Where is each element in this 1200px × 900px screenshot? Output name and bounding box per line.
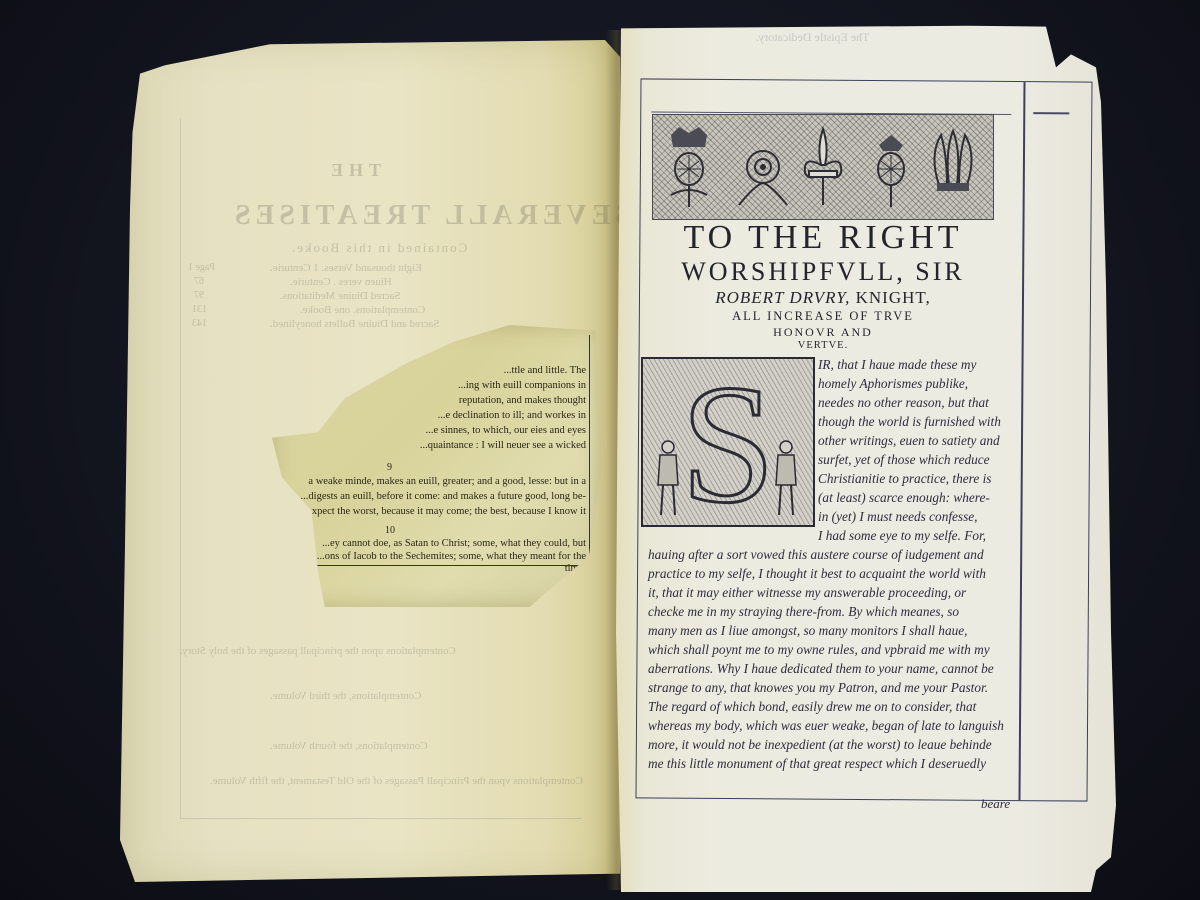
prince-of-wales-feathers-icon (925, 125, 981, 209)
show-through-page-number: 131 (192, 304, 207, 315)
show-through-list-item: Sacred and Diuine Bullets honeylined. (270, 318, 440, 330)
body-text-line: (at least) scarce enough: where- (818, 490, 990, 506)
body-text-line: which shall poynt me to my owne rules, a… (648, 642, 990, 658)
body-text-line: IR, that I haue made these my (818, 357, 976, 373)
historiated-drop-cap: S (641, 357, 815, 527)
body-text-line: hauing after a sort vowed this austere c… (648, 547, 984, 563)
show-through-subtitle: Contained in this Booke. (290, 240, 467, 256)
section-number-10: 10 (385, 525, 395, 536)
crowned-thistle-icon (661, 125, 717, 209)
fragment-bottom-rule (316, 565, 590, 566)
body-text-line: in (yet) I must needs confesse, (818, 509, 978, 525)
fragment-line: ...ing with euill companions in (458, 380, 586, 391)
body-text-line: homely Aphorismes publike, (818, 376, 968, 392)
fragment-line: a weake minde, makes an euill, greater; … (308, 476, 586, 487)
show-through-list-item: Eight thousand Verses. 1 Centurie. (270, 262, 422, 274)
body-text-line: other writings, euen to satiety and (818, 433, 1000, 449)
body-text-line: The regard of which bond, easily drew me… (648, 699, 976, 715)
show-through-list-item: Sacred Diuine Meditations. (280, 290, 401, 302)
body-text-line: me this little monument of that great re… (648, 756, 986, 772)
body-text-line: many men as I liue amongst, so many moni… (648, 623, 967, 639)
tudor-rose-icon (735, 125, 791, 209)
body-text-line: it, that it may either witnesse my answe… (648, 585, 966, 601)
body-text-line: surfet, yet of those which reduce (818, 452, 990, 468)
standing-figure-left-icon (655, 439, 681, 517)
body-text-line: checke me in my straying there-from. By … (648, 604, 959, 620)
dedicatee-rank: KNIGHT, (850, 288, 930, 307)
fragment-line: ...ttle and little. The (504, 365, 586, 376)
thistle-icon (863, 125, 919, 209)
body-text-line: whereas my body, which was euer weake, b… (648, 718, 1004, 734)
body-text-line: aberrations. Why I haue dedicated them t… (648, 661, 994, 677)
body-text-line: needes no other reason, but that (818, 395, 989, 411)
show-through-title-treatises: SEVERALL TREATISES (230, 200, 631, 232)
fragment-line: ...e sinnes, to which, our eies and eyes (426, 425, 586, 436)
left-page: THE SEVERALL TREATISES Contained in this… (120, 40, 620, 882)
body-text-line: though the world is furnished with (818, 414, 1001, 430)
show-through-list-item: Contemplations, the fourth Volume. (270, 740, 428, 752)
fragment-line: ...ons of Iacob to the Sechemites; some,… (317, 551, 586, 562)
show-through-list-item: Hiuen veres . Centurie. (290, 276, 392, 288)
show-through-list-item: Contemplations, the third Volume. (270, 690, 421, 702)
show-through-list-item: Contemplations upon the principall passa… (180, 645, 456, 657)
dedication-title-line-1: TO THE RIGHT (638, 219, 1008, 257)
fragment-border-rule (589, 335, 590, 563)
dedication-title-line-6: VERTVE. (638, 340, 1008, 351)
catchword: beare (981, 796, 1010, 812)
body-text-line: practice to my selfe, I thought it best … (648, 566, 986, 582)
fragment-line: ...ey cannot doe, as Satan to Christ; so… (322, 538, 586, 549)
show-through-list-item: Contemplations. one Booke. (300, 304, 425, 316)
margin-column-rule (1018, 82, 1025, 800)
body-text-line: more, it would not be inexpedient (at th… (648, 737, 992, 753)
show-through-page-number: Page 1 (188, 262, 215, 273)
dedication-title-line-3: ROBERT DRVRY, KNIGHT, (638, 288, 1008, 308)
right-page: The Epistle Dedicatory. TO T (616, 24, 1116, 892)
fleur-de-lis-icon (795, 125, 851, 209)
dedicatee-name: ROBERT DRVRY, (715, 288, 850, 307)
show-through-page-number: 143 (192, 318, 207, 329)
section-number-9: 9 (387, 462, 392, 473)
show-through-page-number: 97 (194, 290, 204, 301)
margin-short-rule (1033, 112, 1069, 114)
show-through-running-header: The Epistle Dedicatory. (756, 30, 870, 45)
fragment-line: reputation, and makes thought (459, 395, 586, 406)
show-through-page-number: 67 (194, 276, 204, 287)
body-text-line: I had some eye to my selfe. For, (818, 528, 986, 544)
book-photo-scene: THE SEVERALL TREATISES Contained in this… (0, 0, 1200, 900)
body-text-line: Christianitie to practice, there is (818, 471, 991, 487)
woodcut-headpiece-ornament (652, 114, 994, 220)
body-text-line: strange to any, that knowes you my Patro… (648, 680, 988, 696)
dedication-title-line-5: HONOVR AND (638, 325, 1008, 340)
show-through-list-item: Contemplations vpon the Principall Passa… (210, 775, 583, 787)
fragment-line: ...e declination to ill; and workes in (438, 410, 586, 421)
show-through-title-the: THE (325, 160, 381, 181)
dedication-title-line-2: WORSHIPFVLL, SIR (638, 257, 1008, 287)
fragment-line: ...xpect the worst, because it may come;… (304, 506, 586, 517)
dedication-title-line-4: ALL INCREASE OF TRVE (638, 309, 1008, 324)
standing-figure-right-icon (773, 439, 799, 517)
fragment-line: ...quaintance : I will neuer see a wicke… (420, 440, 586, 451)
fragment-line: ...digests an euill, before it come: and… (301, 491, 586, 502)
